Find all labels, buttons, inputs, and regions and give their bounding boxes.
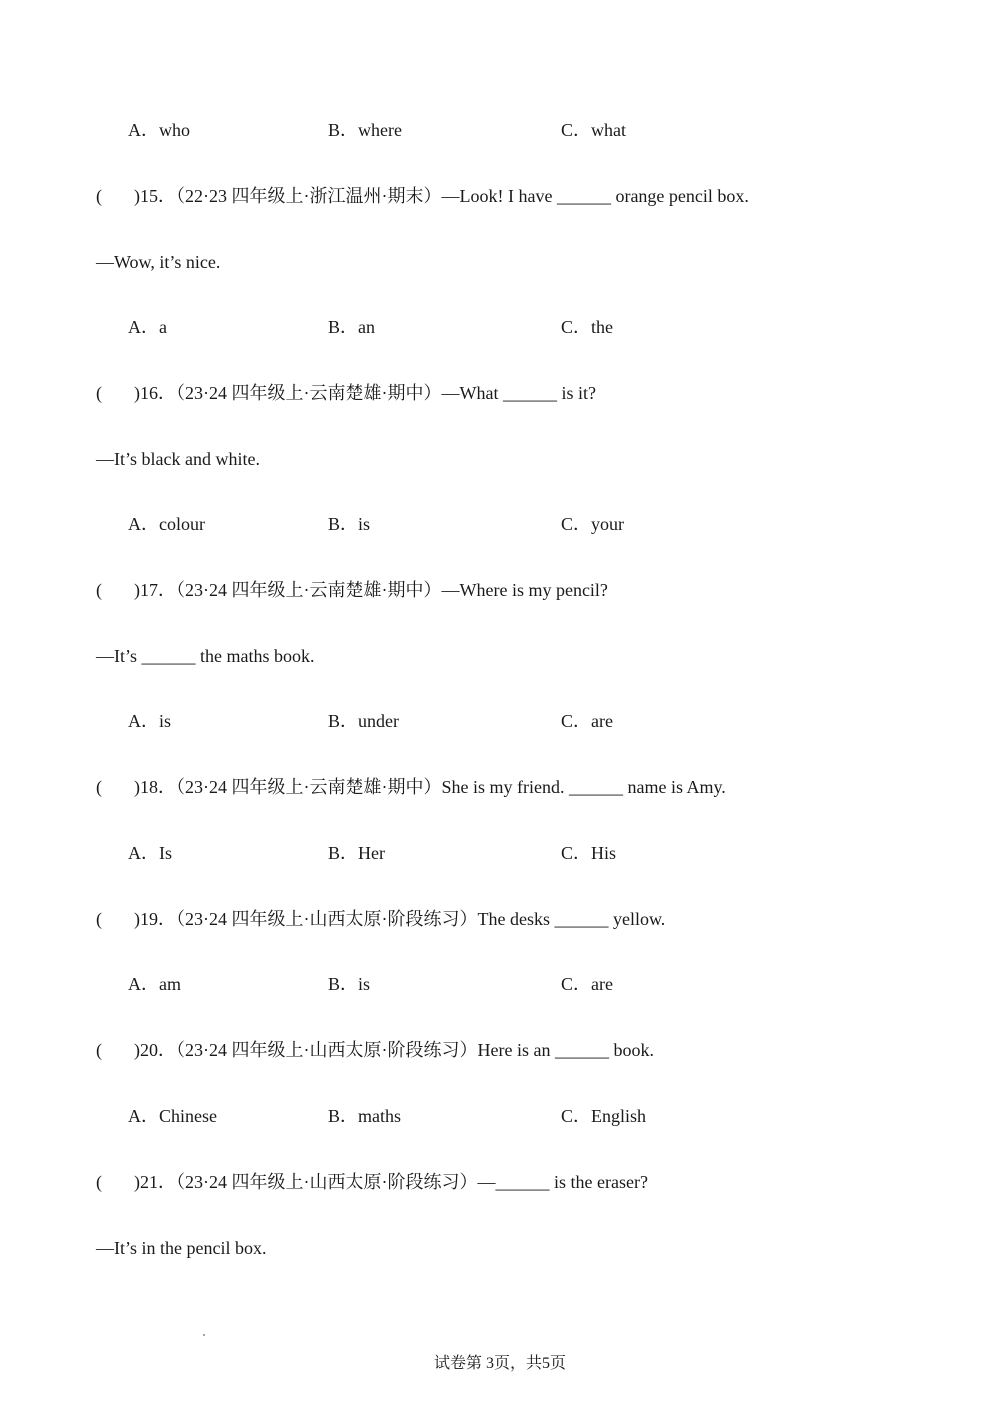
question-15-reply: —Wow, it’s nice. bbox=[96, 251, 220, 273]
question-17-reply: —It’s ______ the maths book. bbox=[96, 645, 315, 667]
stray-dot bbox=[203, 1334, 205, 1336]
question-19-stem: ()19．（23·24 四年级上·山西太原·阶段练习）The desks ___… bbox=[96, 908, 665, 930]
question-number: )21． bbox=[134, 1172, 176, 1192]
option-b: B．Her bbox=[328, 842, 385, 864]
question-number: )17． bbox=[134, 580, 176, 600]
question-source: （23·24 四年级上·山西太原·阶段练习） bbox=[176, 1172, 477, 1192]
question-15-stem: ()15．（22·23 四年级上·浙江温州·期末）—Look! I have _… bbox=[96, 185, 749, 207]
option-a: A．am bbox=[128, 973, 181, 995]
page-footer: 试卷第 3页，共5页 bbox=[0, 1350, 1000, 1373]
option-c: C．are bbox=[561, 973, 613, 995]
question-number: )16． bbox=[134, 383, 176, 403]
option-c: C．are bbox=[561, 710, 613, 732]
question-text: —______ is the eraser? bbox=[477, 1172, 647, 1192]
options-row-q17: A．is B．under C．are bbox=[0, 710, 1000, 732]
question-source: （23·24 四年级上·云南楚雄·期中） bbox=[176, 383, 441, 403]
option-b: B．maths bbox=[328, 1105, 401, 1127]
question-16-reply: —It’s black and white. bbox=[96, 448, 260, 470]
option-b: B．under bbox=[328, 710, 399, 732]
option-c: C．your bbox=[561, 513, 624, 535]
option-a: A．who bbox=[128, 119, 190, 141]
option-c: C．His bbox=[561, 842, 616, 864]
option-c: C．the bbox=[561, 316, 613, 338]
option-a: A．is bbox=[128, 710, 171, 732]
question-source: （23·24 四年级上·山西太原·阶段练习） bbox=[176, 1040, 477, 1060]
question-text: —Look! I have ______ orange pencil box. bbox=[441, 186, 748, 206]
option-b: B．is bbox=[328, 973, 370, 995]
option-a: A．Is bbox=[128, 842, 172, 864]
question-source: （23·24 四年级上·云南楚雄·期中） bbox=[176, 580, 441, 600]
options-row-q19: A．am B．is C．are bbox=[0, 973, 1000, 995]
answer-paren: ( bbox=[96, 185, 134, 207]
answer-paren: ( bbox=[96, 1039, 134, 1061]
question-number: )20． bbox=[134, 1040, 176, 1060]
question-17-stem: ()17．（23·24 四年级上·云南楚雄·期中）—Where is my pe… bbox=[96, 579, 608, 601]
option-a: A．colour bbox=[128, 513, 205, 535]
question-21-stem: ()21．（23·24 四年级上·山西太原·阶段练习）—______ is th… bbox=[96, 1171, 648, 1193]
option-a: A．a bbox=[128, 316, 167, 338]
option-c: C．English bbox=[561, 1105, 646, 1127]
option-b: B．is bbox=[328, 513, 370, 535]
question-16-stem: ()16．（23·24 四年级上·云南楚雄·期中）—What ______ is… bbox=[96, 382, 596, 404]
question-text: The desks ______ yellow. bbox=[477, 909, 665, 929]
options-row-q14: A．who B．where C．what bbox=[0, 119, 1000, 141]
question-source: （22·23 四年级上·浙江温州·期末） bbox=[176, 186, 441, 206]
option-a: A．Chinese bbox=[128, 1105, 217, 1127]
question-source: （23·24 四年级上·山西太原·阶段练习） bbox=[176, 909, 477, 929]
answer-paren: ( bbox=[96, 1171, 134, 1193]
question-18-stem: ()18．（23·24 四年级上·云南楚雄·期中）She is my frien… bbox=[96, 776, 726, 798]
question-number: )18． bbox=[134, 777, 176, 797]
question-20-stem: ()20．（23·24 四年级上·山西太原·阶段练习）Here is an __… bbox=[96, 1039, 654, 1061]
question-text: She is my friend. ______ name is Amy. bbox=[441, 777, 725, 797]
answer-paren: ( bbox=[96, 776, 134, 798]
question-number: )15． bbox=[134, 186, 176, 206]
question-number: )19． bbox=[134, 909, 176, 929]
answer-paren: ( bbox=[96, 382, 134, 404]
options-row-q18: A．Is B．Her C．His bbox=[0, 842, 1000, 864]
question-text: —Where is my pencil? bbox=[441, 580, 607, 600]
answer-paren: ( bbox=[96, 579, 134, 601]
answer-paren: ( bbox=[96, 908, 134, 930]
question-text: Here is an ______ book. bbox=[477, 1040, 653, 1060]
options-row-q16: A．colour B．is C．your bbox=[0, 513, 1000, 535]
option-c: C．what bbox=[561, 119, 626, 141]
options-row-q15: A．a B．an C．the bbox=[0, 316, 1000, 338]
question-21-reply: —It’s in the pencil box. bbox=[96, 1237, 266, 1259]
option-b: B．where bbox=[328, 119, 402, 141]
question-text: —What ______ is it? bbox=[441, 383, 595, 403]
options-row-q20: A．Chinese B．maths C．English bbox=[0, 1105, 1000, 1127]
question-source: （23·24 四年级上·云南楚雄·期中） bbox=[176, 777, 441, 797]
option-b: B．an bbox=[328, 316, 375, 338]
